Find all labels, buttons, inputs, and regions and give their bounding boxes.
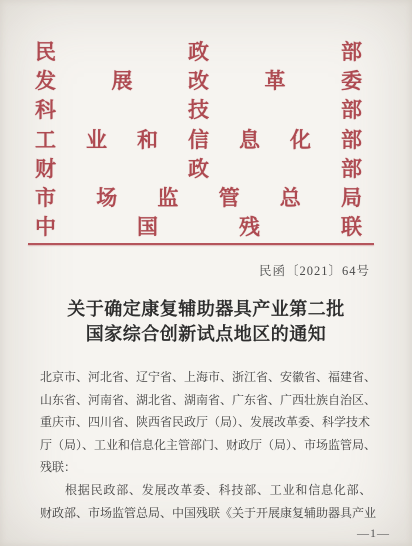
red-divider <box>28 243 374 245</box>
agency-char: 部 <box>341 99 362 128</box>
title-line-2: 国家综合创新试点地区的通知 <box>0 322 412 347</box>
agency-row: 财政部 <box>35 158 362 187</box>
agency-char: 部 <box>341 129 362 158</box>
agency-char: 展 <box>112 70 133 99</box>
agency-char: 改 <box>188 70 209 99</box>
body-line: 重庆市、四川省、陕西省民政厅（局）、发展改革委、科学技术 <box>40 411 376 434</box>
agency-char: 业 <box>86 129 107 158</box>
agency-char: 财 <box>35 158 56 187</box>
agency-char: 民 <box>35 41 56 70</box>
agency-char: 中 <box>35 216 56 245</box>
agency-char: 息 <box>239 129 260 158</box>
agency-char: 政 <box>188 158 209 187</box>
agency-char: 场 <box>96 187 117 216</box>
agency-char: 信 <box>188 129 209 158</box>
agency-char: 总 <box>280 187 301 216</box>
agency-row: 发展改革委 <box>35 70 362 99</box>
agency-char: 发 <box>35 70 56 99</box>
doc-number: 民函〔2021〕64号 <box>259 264 370 279</box>
agency-char: 部 <box>341 41 362 70</box>
agency-char: 革 <box>265 70 286 99</box>
body-line: 北京市、河北省、辽宁省、上海市、浙江省、安徽省、福建省、 <box>40 366 376 389</box>
body-line: 山东省、河南省、湖北省、湖南省、广东省、广西壮族自治区、 <box>40 389 376 412</box>
agency-char: 化 <box>290 129 311 158</box>
agency-char: 市 <box>35 187 56 216</box>
agency-char: 技 <box>188 99 209 128</box>
agency-char: 科 <box>35 99 56 128</box>
page-number: —1— <box>357 526 390 540</box>
title-line-1: 关于确定康复辅助器具产业第二批 <box>0 297 412 322</box>
agency-char: 联 <box>341 216 362 245</box>
agency-char: 局 <box>341 187 362 216</box>
agency-list: 民政部发展改革委科技部工业和信息化部财政部市场监管总局中国残联 <box>35 41 362 245</box>
agency-char: 国 <box>137 216 158 245</box>
agency-char: 监 <box>157 187 178 216</box>
agency-row: 科技部 <box>35 99 362 128</box>
body-line: 根据民政部、发展改革委、科技部、工业和信息化部、 <box>40 479 376 502</box>
agency-char: 委 <box>341 70 362 99</box>
agency-char: 工 <box>35 129 56 158</box>
agency-char: 和 <box>137 129 158 158</box>
body-line: 残联： <box>40 456 376 479</box>
body-line: 财政部、市场监管总局、中国残联《关于开展康复辅助器具产业 <box>40 502 376 525</box>
agency-row: 市场监管总局 <box>35 187 362 216</box>
agency-char: 残 <box>239 216 260 245</box>
agency-row: 民政部 <box>35 41 362 70</box>
body-line: 厅（局）、工业和信息化主管部门、财政厅（局）、市场监管局、 <box>40 434 376 457</box>
agency-row: 工业和信息化部 <box>35 129 362 158</box>
agency-char: 政 <box>188 41 209 70</box>
agency-char: 管 <box>219 187 240 216</box>
document-body: 北京市、河北省、辽宁省、上海市、浙江省、安徽省、福建省、山东省、河南省、湖北省、… <box>40 366 376 524</box>
agency-char: 部 <box>341 158 362 187</box>
agency-row: 中国残联 <box>35 216 362 245</box>
document-title: 关于确定康复辅助器具产业第二批 国家综合创新试点地区的通知 <box>0 297 412 346</box>
document-page: 民政部发展改革委科技部工业和信息化部财政部市场监管总局中国残联 民函〔2021〕… <box>0 0 412 546</box>
